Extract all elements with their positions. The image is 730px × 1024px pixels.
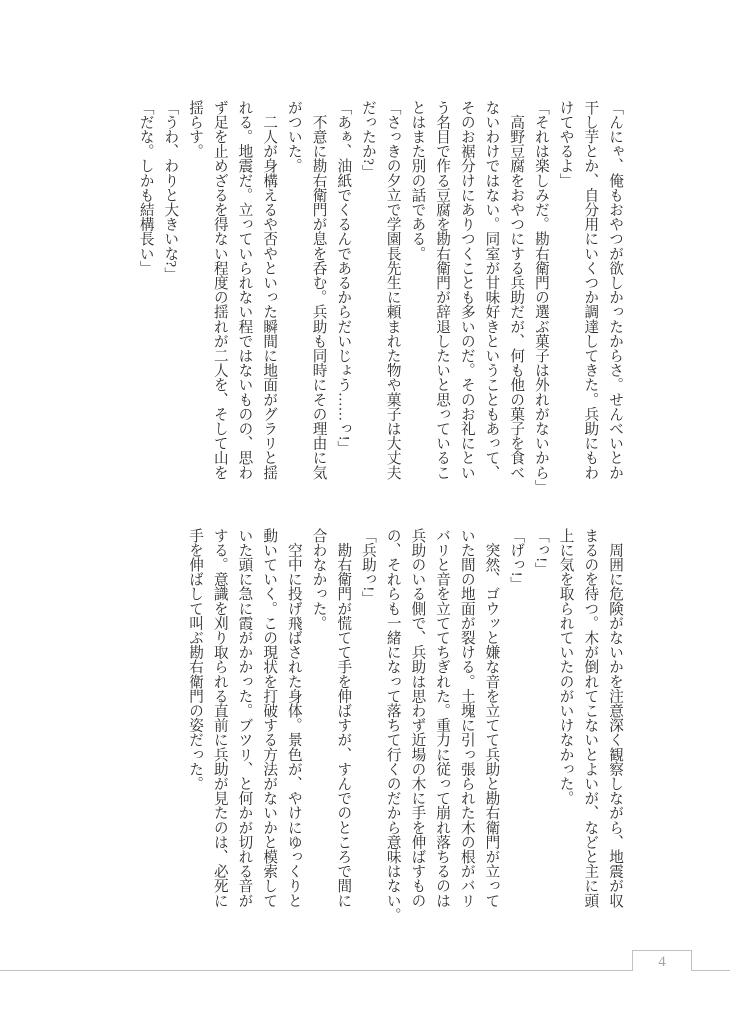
footer-rule-left [0, 950, 632, 971]
text-column: いた間の地面が裂ける。土塊に引っ張られた木の根がバリ [454, 528, 479, 909]
text-column: 上に気を取られていたのがいけなかった。 [553, 528, 578, 909]
text-column: 「だな。しかも結構長い」 [133, 100, 158, 481]
text-column: だったか?」 [355, 100, 380, 481]
lower-text-block: 周囲に危険がないかを注意深く観察しながら、地震が収まるのを待つ。木が倒れてこない… [182, 528, 627, 909]
text-column: 揺らす。 [182, 100, 207, 481]
text-column: う名目で作る豆腐を勘右衛門が辞退したいと思っているこ [429, 100, 454, 481]
text-column: そのお裾分けにありつくことも多いのだ。そのお礼にとい [454, 100, 479, 481]
text-column: の、それらも一緒になって落ちて行くのだから意味はない。 [380, 528, 405, 909]
text-column: 干し芋とか、自分用にいくつか調達してきた。兵助にもわ [578, 100, 603, 481]
text-column: 二人が身構えるや否やといった瞬間に地面がグラリと揺 [256, 100, 281, 481]
page-footer: 4 [0, 950, 730, 971]
text-column: 「あぁ、油紙でくるんであるからだいじょう……っ!」 [331, 100, 356, 481]
text-column: 「さっきの夕立で学園長先生に頼まれた物や菓子は大丈夫 [380, 100, 405, 481]
text-column: バリと音を立ててちぎれた。重力に従って崩れ落ちるのは [429, 528, 454, 909]
text-column: 勘右衛門が慌てて手を伸ばすが、すんでのところで間に [331, 528, 356, 909]
text-column: 突然、ゴウッと嫌な音を立てて兵助と勘右衛門が立って [479, 528, 504, 909]
text-column: 「それは楽しみだ。勘右衛門の選ぶ菓子は外れがないから」 [528, 100, 553, 481]
page-number: 4 [658, 952, 666, 970]
text-column: 動いていく。この現状を打破する方法がないかと模索して [256, 528, 281, 909]
text-column: がついた。 [281, 100, 306, 481]
document-page: 「んにゃ、俺もおやつが欲しかったからさ。せんべいとか干し芋とか、自分用にいくつか… [0, 0, 730, 1024]
text-column: 「っ!」 [528, 528, 553, 909]
text-column: 空中に投げ飛ばされた身体。景色が、やけにゆっくりと [281, 528, 306, 909]
text-column: れる。地震だ。立っていられない程ではないものの、思わ [232, 100, 257, 481]
text-column: 合わなかった。 [306, 528, 331, 909]
text-column: する。意識を刈り取られる直前に兵助が見たのは、必死に [207, 528, 232, 909]
text-column: 手を伸ばして叫ぶ勘右衛門の姿だった。 [182, 528, 207, 909]
text-column: まるのを待つ。木が倒れてこないとよいが、などと主に頭 [578, 528, 603, 909]
text-column: 不意に勘右衛門が息を呑む。兵助も同時にその理由に気 [306, 100, 331, 481]
text-column: 高野豆腐をおやつにする兵助だが、何も他の菓子を食べ [503, 100, 528, 481]
text-column: ないわけではない。同室が甘味好きということもあって、 [479, 100, 504, 481]
upper-text-block: 「んにゃ、俺もおやつが欲しかったからさ。せんべいとか干し芋とか、自分用にいくつか… [133, 100, 627, 481]
footer-rule-right [692, 950, 730, 971]
text-column: 「兵助っ!」 [355, 528, 380, 909]
text-column: とはまた別の話である。 [405, 100, 430, 481]
text-column: いた頭に急に霞がかかった。ブツリ、と何かが切れる音が [232, 528, 257, 909]
text-column: 「うわ、わりと大きいな?」 [158, 100, 183, 481]
text-column: 周囲に危険がないかを注意深く観察しながら、地震が収 [602, 528, 627, 909]
text-column: 兵助のいる側で、兵助は思わず近場の木に手を伸ばすもの [405, 528, 430, 909]
text-column: けてやるよ」 [553, 100, 578, 481]
text-column: ず足を止めざるを得ない程度の揺れが二人を、そして山を [207, 100, 232, 481]
text-column: 「げっ!」 [503, 528, 528, 909]
page-number-tab: 4 [632, 950, 692, 971]
text-column: 「んにゃ、俺もおやつが欲しかったからさ。せんべいとか [602, 100, 627, 481]
